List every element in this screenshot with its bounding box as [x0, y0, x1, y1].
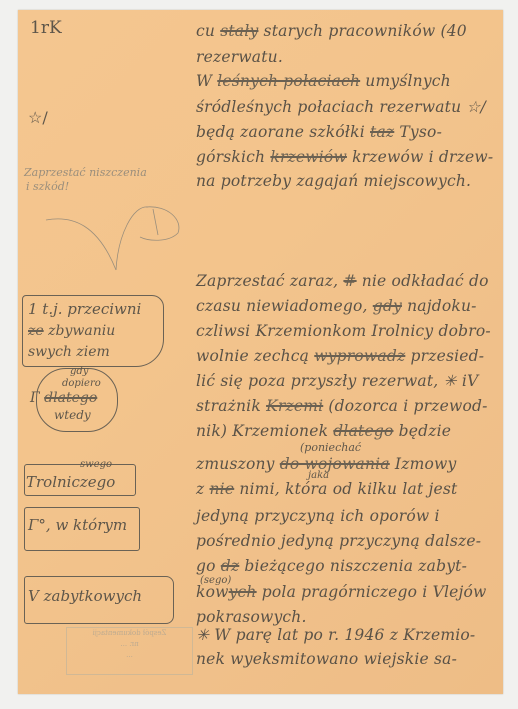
margin-box-1-line2: ze zbywaniu — [28, 323, 115, 339]
margin-box-5-text: V zabytkowych — [28, 587, 142, 605]
text-line-13: strażnik Krzemi (dozorca i przewod- — [196, 397, 488, 415]
text-line-21: pokrasowych. — [196, 608, 307, 626]
text-line-3: W leśnych połaciach umyślnych — [196, 72, 451, 90]
margin-box-2-line: Γ dlatego — [30, 390, 97, 406]
text-line-2: rezerwatu. — [196, 48, 283, 66]
page-reference: 1rK — [30, 18, 62, 38]
text-line-6: górskich krzewiów krzewów i drzew- — [196, 148, 493, 166]
text-line-1: cu stały starych pracowników (40 — [196, 22, 467, 40]
text-line-22: ✳ W parę lat po r. 1946 z Krzemio- — [196, 626, 475, 644]
margin-box-3-text: Trolniczego — [26, 473, 115, 491]
manuscript-page: 1rK ☆/ Zaprzestać niszczenia i szkód! 1 … — [18, 10, 503, 694]
margin-box-4-text: Γ°, w którym — [28, 516, 127, 534]
pencil-sketch — [38, 195, 188, 275]
margin-box-2-gdy: gdy — [70, 366, 88, 377]
text-line-5: będą zaorane szkółki taz Tyso- — [196, 123, 442, 141]
text-line-17: jedyną przyczyną ich oporów i — [196, 507, 440, 525]
text-line-9: czasu niewiadomego, gdy najdoku- — [196, 297, 477, 315]
text-line-20: kowych pola pragórniczego i Vlejów — [196, 583, 487, 601]
archive-stamp: Zespół dokumentacji nr. ... ... — [66, 627, 193, 675]
margin-box-2-strike: dlatego — [44, 390, 97, 406]
margin-note-stop-damage: Zaprzestać niszczenia — [24, 166, 147, 179]
text-line-7: na potrzeby zagajań miejscowych. — [196, 172, 471, 190]
text-line-14: nik) Krzemionek dlatego będzie — [196, 422, 451, 440]
text-line-10: czliwsi Krzemionkom Irolnicy dobro- — [196, 322, 491, 340]
margin-note-stop-damage-line2: i szkód! — [26, 180, 69, 193]
margin-box-2-mark: Γ — [30, 390, 40, 406]
margin-box-1-strike: ze — [28, 323, 44, 339]
text-line-18: pośrednio jedyną przyczyną dalsze- — [196, 532, 481, 550]
text-line-8: Zaprzestać zaraz, # nie odkładać do — [196, 272, 489, 290]
interlinear-poniechac: (poniechać — [300, 441, 361, 454]
text-line-12: lić się poza przyszły rezerwat, ✳ iV — [196, 372, 478, 390]
text-line-23: nek wyeksmitowano wiejskie sa- — [196, 650, 457, 668]
text-line-19: go dz bieżącego niszczenia zabyt- — [196, 557, 467, 575]
star-mark: ☆/ — [28, 108, 48, 127]
stamp-line-3: ... — [67, 650, 192, 661]
text-line-4: śródleśnych połaciach rezerwatu ☆/ — [196, 98, 486, 116]
margin-box-1-line1: 1 t.j. przeciwni — [28, 300, 141, 318]
text-line-11: wolnie zechcą wyprowadz przesied- — [196, 347, 484, 365]
text-line-16: z nie nimi, która od kilku lat jest — [196, 480, 457, 498]
stamp-line-2: nr. ... — [67, 639, 192, 650]
margin-box-3-sup: swego — [80, 459, 112, 470]
stamp-line-1: Zespół dokumentacji — [67, 628, 192, 639]
margin-box-1-line3: swych ziem — [28, 344, 110, 360]
margin-box-2-dopiero: dopiero — [62, 378, 101, 389]
margin-box-1-line2-text: zbywaniu — [48, 323, 115, 339]
margin-box-2-wtedy: wtedy — [54, 408, 91, 422]
